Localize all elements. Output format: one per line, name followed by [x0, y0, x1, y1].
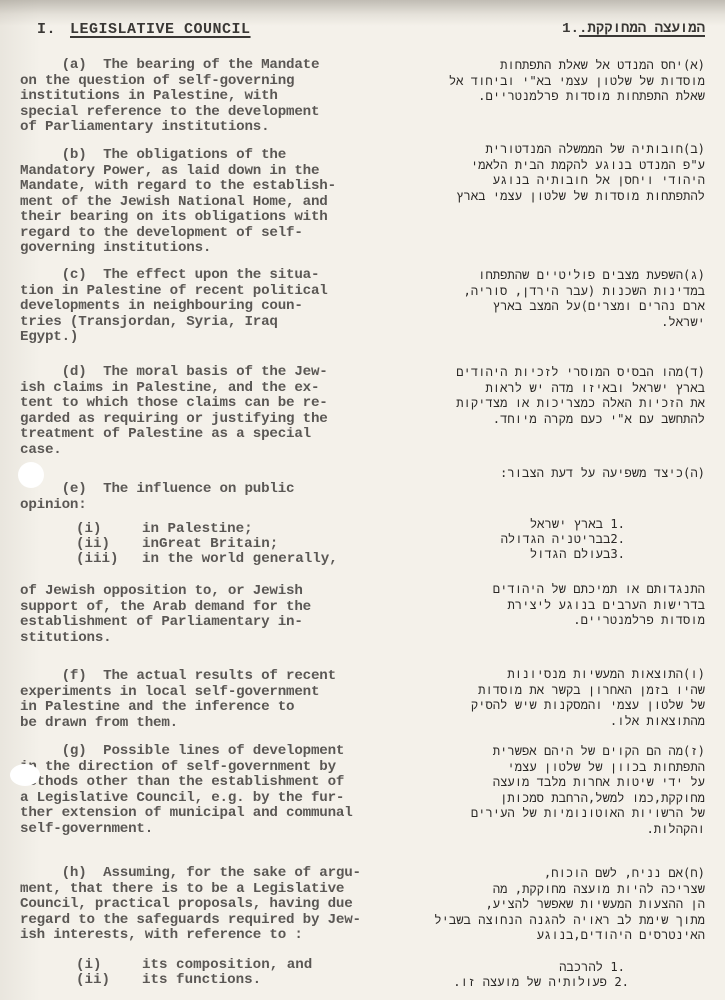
section-e-tail-english: of Jewish opposition to, or Jewish suppo…	[20, 584, 365, 646]
heading-title-hebrew: המועצה המחוקקת.	[579, 21, 705, 37]
heading-title: LEGISLATIVE COUNCIL	[70, 21, 251, 38]
section-e-hebrew-item-2: .2בבריטניה הגדולה	[501, 532, 625, 548]
section-h-item-2: (ii)its functions.	[76, 973, 261, 989]
section-c-hebrew: (ג)השפעת מצבים פוליטיים שהתפתחו במדינות …	[365, 268, 705, 330]
section-f-hebrew: (ו)התוצאות המעשיות מנסיונות שהיו בזמן הא…	[365, 667, 705, 729]
section-h-hebrew-item-1: .1 להרכבה	[559, 960, 625, 976]
section-g-hebrew: (ז)מה הם הקוים של היהם אפשרית התפתחות בכ…	[365, 744, 705, 837]
section-b-hebrew: (ב)חובותיה של הממשלה המנדטורית ע"פ המנדט…	[365, 142, 705, 204]
section-e-english: (e) The influence on public opinion:	[20, 482, 365, 513]
section-f-english: (f) The actual results of recent experim…	[20, 669, 365, 731]
section-a-english: (a) The bearing of the Mandate on the qu…	[20, 58, 365, 136]
punch-hole	[18, 462, 44, 488]
heading-english: I.LEGISLATIVE COUNCIL	[37, 21, 251, 38]
section-g-english: (g) Possible lines of development in the…	[20, 744, 365, 837]
heading-hebrew: המועצה המחוקקת..1	[562, 21, 705, 37]
section-a-hebrew: (א)יחס המנדט אל שאלת התפתחות מוסדות של ש…	[365, 58, 705, 105]
section-h-english: (h) Assuming, for the sake of argu- ment…	[20, 866, 365, 944]
section-e-hebrew-item-3: .3בעולם הגדול	[530, 547, 625, 563]
section-e-hebrew-item-1: .1 בארץ ישראל	[530, 517, 625, 533]
section-d-english: (d) The moral basis of the Jew- ish clai…	[20, 365, 365, 458]
document-page: I.LEGISLATIVE COUNCIL המועצה המחוקקת..1 …	[0, 0, 725, 1000]
heading-number: I.	[37, 21, 56, 38]
heading-number-hebrew: .1	[562, 21, 579, 37]
section-h-hebrew: (ח)אם נניח, לשם הוכוח, שצריכה להיות מועצ…	[365, 866, 705, 944]
section-e-tail-hebrew: התנגדותם או תמיכתם של היהודים בדרישות הע…	[365, 582, 705, 629]
paper-damage-mark	[10, 764, 40, 786]
section-d-hebrew: (ד)מהו הבסיס המוסרי לזכיות היהודים בארץ …	[365, 365, 705, 427]
section-c-english: (c) The effect upon the situa- tion in P…	[20, 268, 365, 346]
section-e-item-3: (iii)in the world generally,	[76, 552, 338, 568]
section-e-hebrew: (ה)כיצד משפיעה על דעת הצבור:	[365, 466, 705, 482]
section-h-hebrew-item-2: .2 פעולותיה של מועצה זו.	[453, 975, 629, 991]
section-b-english: (b) The obligations of the Mandatory Pow…	[20, 148, 365, 257]
